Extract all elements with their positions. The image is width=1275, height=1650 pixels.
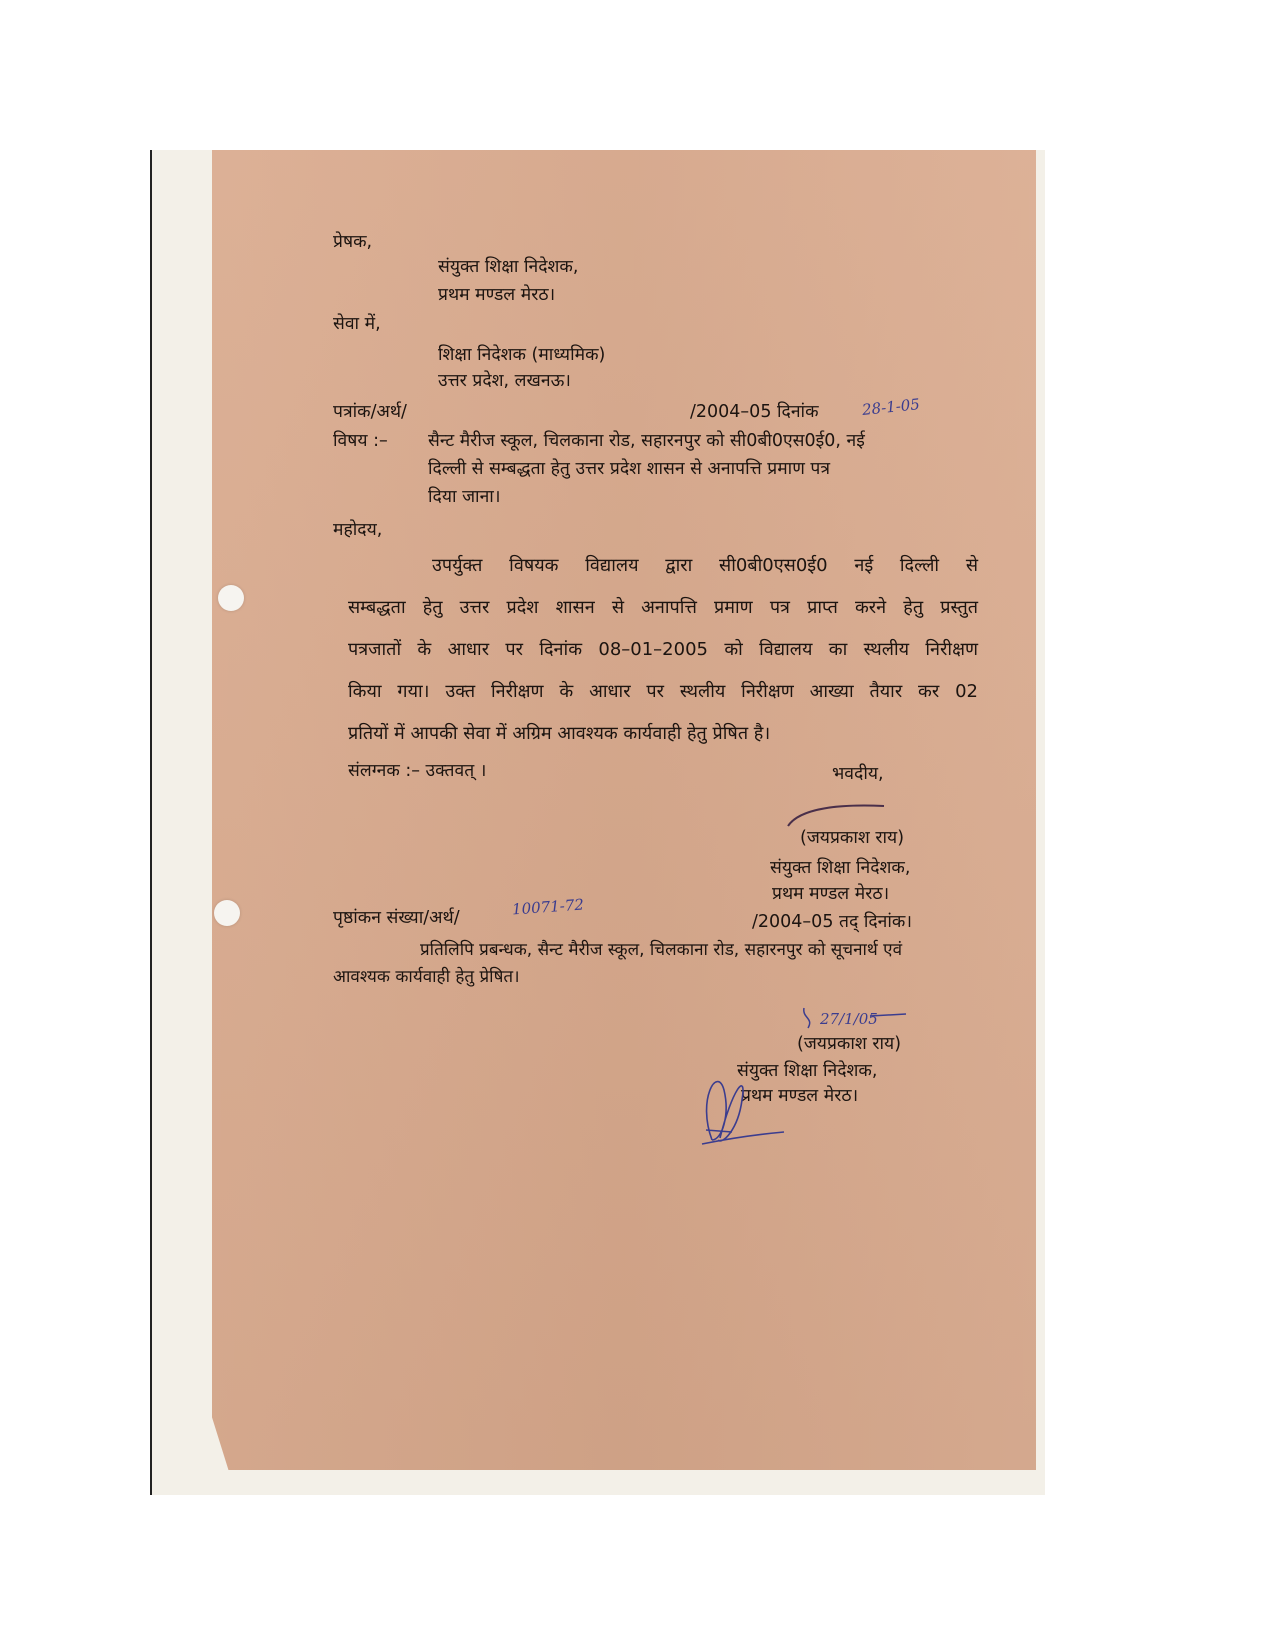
- signatory-name: (जयप्रकाश राय): [800, 827, 904, 849]
- copy-line: प्रतिलिपि प्रबन्धक, सैन्ट मैरीज स्कूल, च…: [420, 939, 902, 961]
- subject-line: सैन्ट मैरीज स्कूल, चिलकाना रोड, सहारनपुर…: [428, 430, 865, 452]
- endorsement-signatory-name: (जयप्रकाश राय): [797, 1033, 901, 1055]
- recipient-label: सेवा में,: [333, 313, 381, 335]
- endorsement-year-date: /2004–05 तद् दिनांक।: [752, 911, 912, 933]
- signature-icon: [692, 1060, 792, 1160]
- sender-line: प्रथम मण्डल मेरठ।: [438, 284, 555, 306]
- subject-line: दिल्ली से सम्बद्धता हेतु उत्तर प्रदेश शा…: [428, 458, 830, 480]
- endorsement-label: पृष्ठांकन संख्या/अर्थ/: [333, 907, 460, 929]
- scan-edge: [150, 150, 152, 1495]
- punch-hole: [218, 585, 244, 611]
- subject-label: विषय :–: [333, 430, 388, 452]
- recipient-line: उत्तर प्रदेश, लखनऊ।: [438, 370, 571, 392]
- body-line: प्रतियों में आपकी सेवा में अग्रिम आवश्यक…: [348, 723, 770, 745]
- salutation: महोदय,: [333, 519, 382, 541]
- body-line: पत्रजातों के आधार पर दिनांक 08–01–2005 क…: [348, 639, 978, 661]
- recipient-line: शिक्षा निदेशक (माध्यमिक): [438, 344, 605, 366]
- signatory-office: प्रथम मण्डल मेरठ।: [772, 883, 889, 905]
- copy-line: आवश्यक कार्यवाही हेतु प्रेषित।: [333, 966, 520, 988]
- punch-hole: [214, 900, 240, 926]
- signatory-designation: संयुक्त शिक्षा निदेशक,: [770, 857, 910, 879]
- letter-paper: [212, 150, 1036, 1470]
- body-line: उपर्युक्त विषयक विद्यालय द्वारा सी0बी0एस…: [432, 555, 978, 577]
- ref-year-date: /2004–05 दिनांक: [690, 401, 819, 423]
- ref-label: पत्रांक/अर्थ/: [333, 401, 407, 423]
- body-line: सम्बद्धता हेतु उत्तर प्रदेश शासन से अनाप…: [348, 597, 978, 619]
- closing: भवदीय,: [832, 763, 884, 785]
- sender-line: संयुक्त शिक्षा निदेशक,: [438, 256, 578, 278]
- initial-stroke-icon: [800, 1004, 910, 1034]
- enclosure: संलग्नक :– उक्तवत् ।: [348, 760, 486, 782]
- sender-label: प्रेषक,: [333, 231, 372, 253]
- body-line: किया गया। उक्त निरीक्षण के आधार पर स्थली…: [348, 681, 978, 703]
- subject-line: दिया जाना।: [428, 486, 500, 508]
